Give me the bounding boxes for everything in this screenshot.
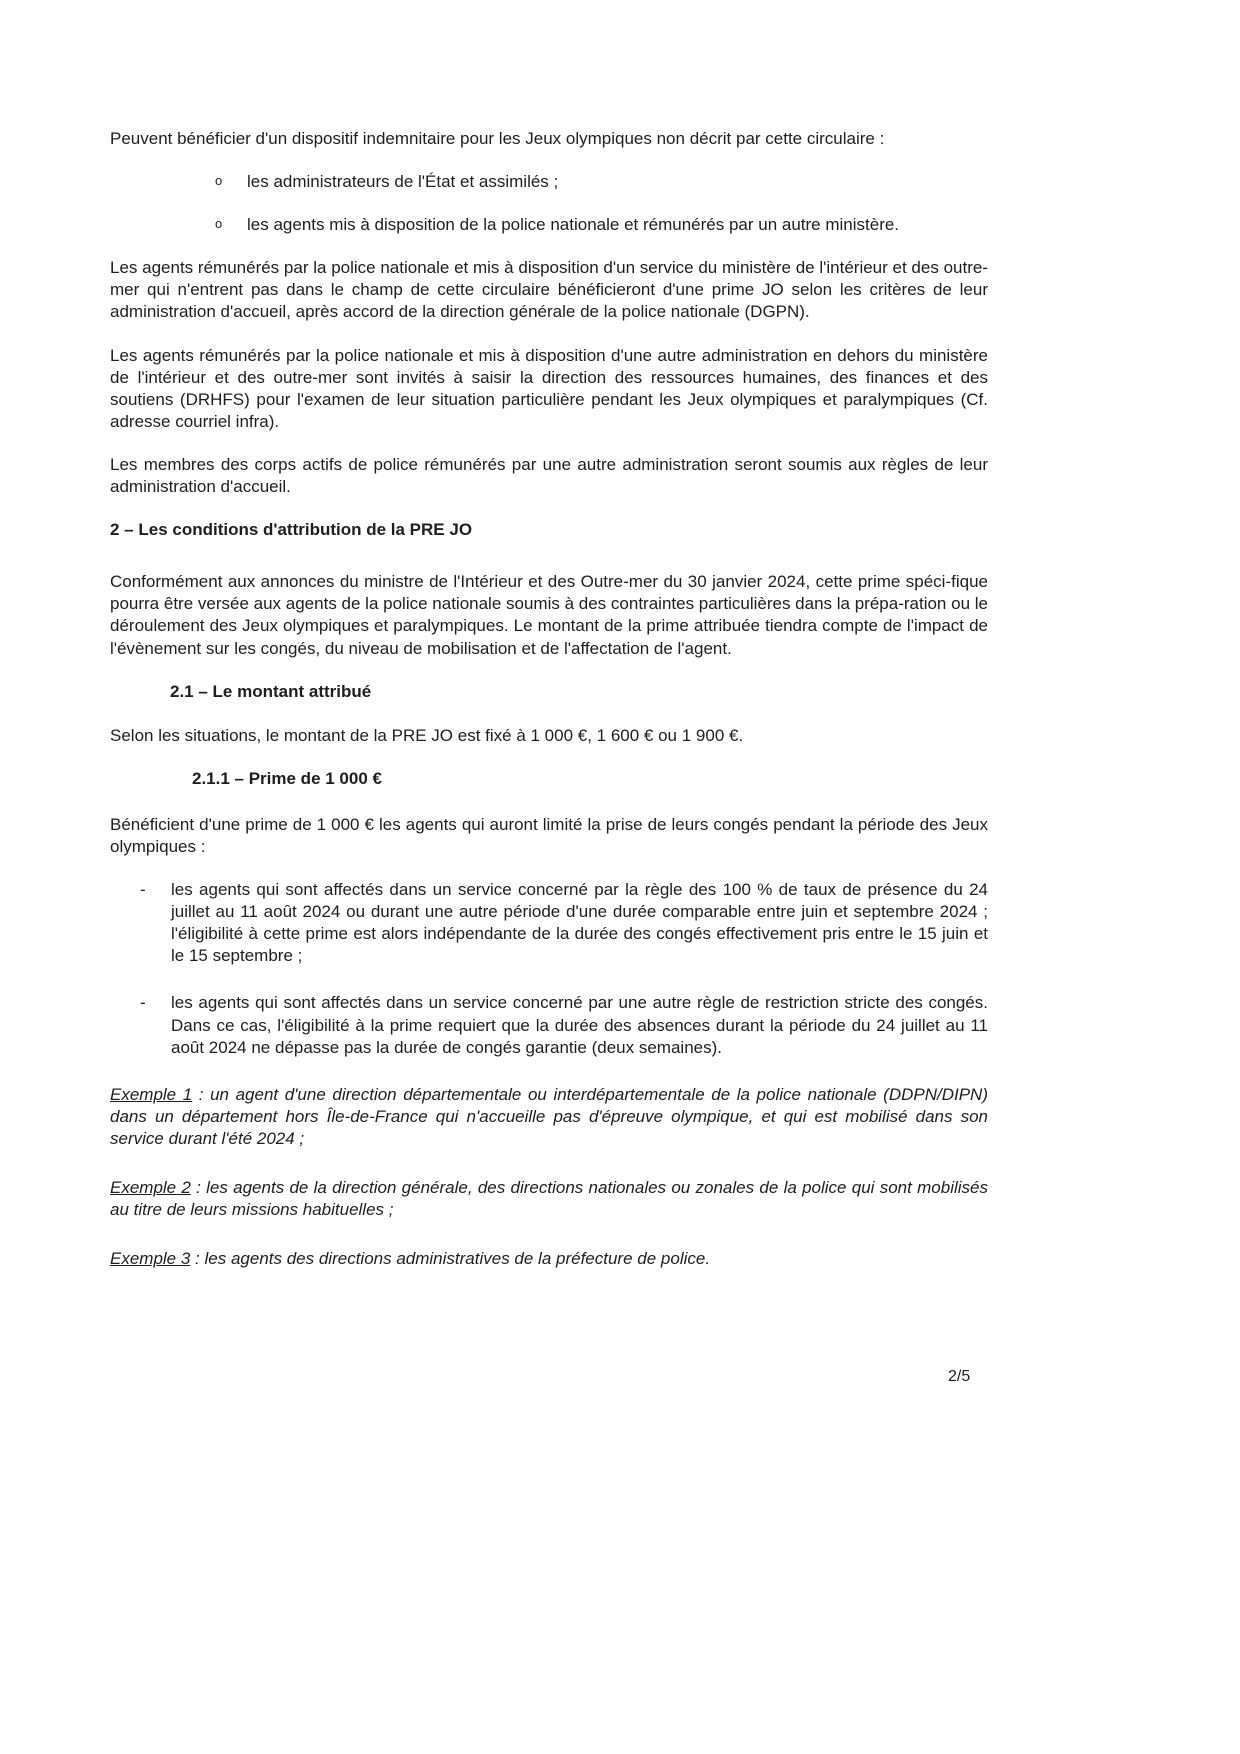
circle-bullet-icon: o xyxy=(215,214,247,236)
bullet-text: les administrateurs de l'État et assimil… xyxy=(247,171,558,193)
example-1-text: : un agent d'une direction départemental… xyxy=(110,1085,988,1148)
paragraph-beneficient: Bénéficient d'une prime de 1 000 € les a… xyxy=(110,814,988,858)
page-number: 2/5 xyxy=(948,1368,970,1386)
bullet-text: les agents mis à disposition de la polic… xyxy=(247,214,899,236)
example-1-paragraph: Exemple 1 : un agent d'une direction dép… xyxy=(110,1084,988,1150)
paragraph-selon: Selon les situations, le montant de la P… xyxy=(110,725,988,747)
list-item-agents-mis-a-disposition: o les agents mis à disposition de la pol… xyxy=(215,214,988,236)
document-body: Peuvent bénéficier d'un dispositif indem… xyxy=(110,128,988,1297)
dash-bullet-icon: - xyxy=(140,992,171,1058)
circle-bullet-icon: o xyxy=(215,171,247,193)
example-3-text: : les agents des directions administrati… xyxy=(190,1249,710,1268)
example-1-label: Exemple 1 xyxy=(110,1085,192,1104)
paragraph-dgpn: Les agents rémunérés par la police natio… xyxy=(110,257,988,323)
section-heading-2: 2 – Les conditions d'attribution de la P… xyxy=(110,519,988,541)
section-heading-2-1-1: 2.1.1 – Prime de 1 000 € xyxy=(192,768,988,790)
list-item-restriction-stricte: - les agents qui sont affectés dans un s… xyxy=(140,992,988,1058)
list-item-administrateurs: o les administrateurs de l'État et assim… xyxy=(215,171,988,193)
example-2-text: : les agents de la direction générale, d… xyxy=(110,1178,988,1219)
example-3-label: Exemple 3 xyxy=(110,1249,190,1268)
bullet-text: les agents qui sont affectés dans un ser… xyxy=(171,992,988,1058)
dash-bullet-icon: - xyxy=(140,879,171,967)
paragraph-corps-actifs: Les membres des corps actifs de police r… xyxy=(110,454,988,498)
bullet-text: les agents qui sont affectés dans un ser… xyxy=(171,879,988,967)
example-2-paragraph: Exemple 2 : les agents de la direction g… xyxy=(110,1177,988,1221)
example-3-paragraph: Exemple 3 : les agents des directions ad… xyxy=(110,1248,988,1270)
list-item-regle-100-pourcent: - les agents qui sont affectés dans un s… xyxy=(140,879,988,967)
paragraph-conformement: Conformément aux annonces du ministre de… xyxy=(110,571,988,659)
section-heading-2-1: 2.1 – Le montant attribué xyxy=(170,681,988,703)
intro-paragraph: Peuvent bénéficier d'un dispositif indem… xyxy=(110,128,988,150)
paragraph-drhfs: Les agents rémunérés par la police natio… xyxy=(110,345,988,433)
example-2-label: Exemple 2 xyxy=(110,1178,191,1197)
